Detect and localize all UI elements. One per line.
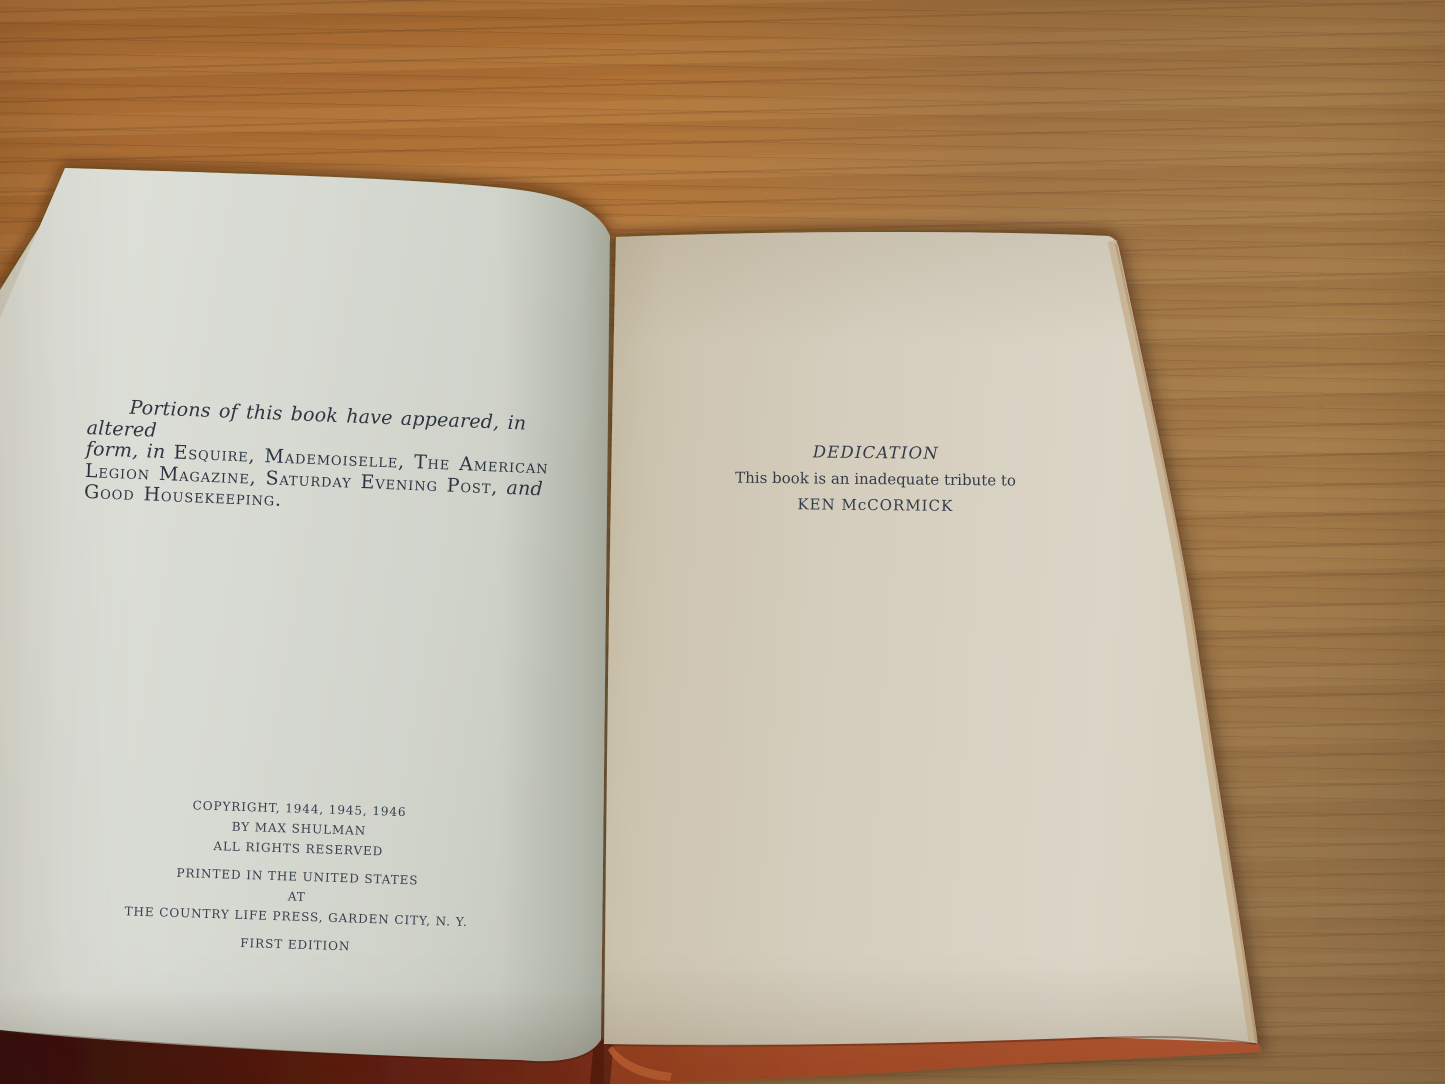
appearance-notice: Portions of this book have appeared, in … [84,396,574,523]
dedication-tribute: This book is an inadequate tribute to [675,464,1075,494]
right-page-top-shading [604,232,1257,1045]
dedication-dedicatee: KEN McCORMICK [675,490,1075,520]
dedication-block: DEDICATION This book is an inadequate tr… [675,438,1076,520]
book-photo: Portions of this book have appeared, in … [0,0,1445,1084]
copyright-block: COPYRIGHT, 1944, 1945, 1946 BY MAX SHULM… [80,792,515,961]
